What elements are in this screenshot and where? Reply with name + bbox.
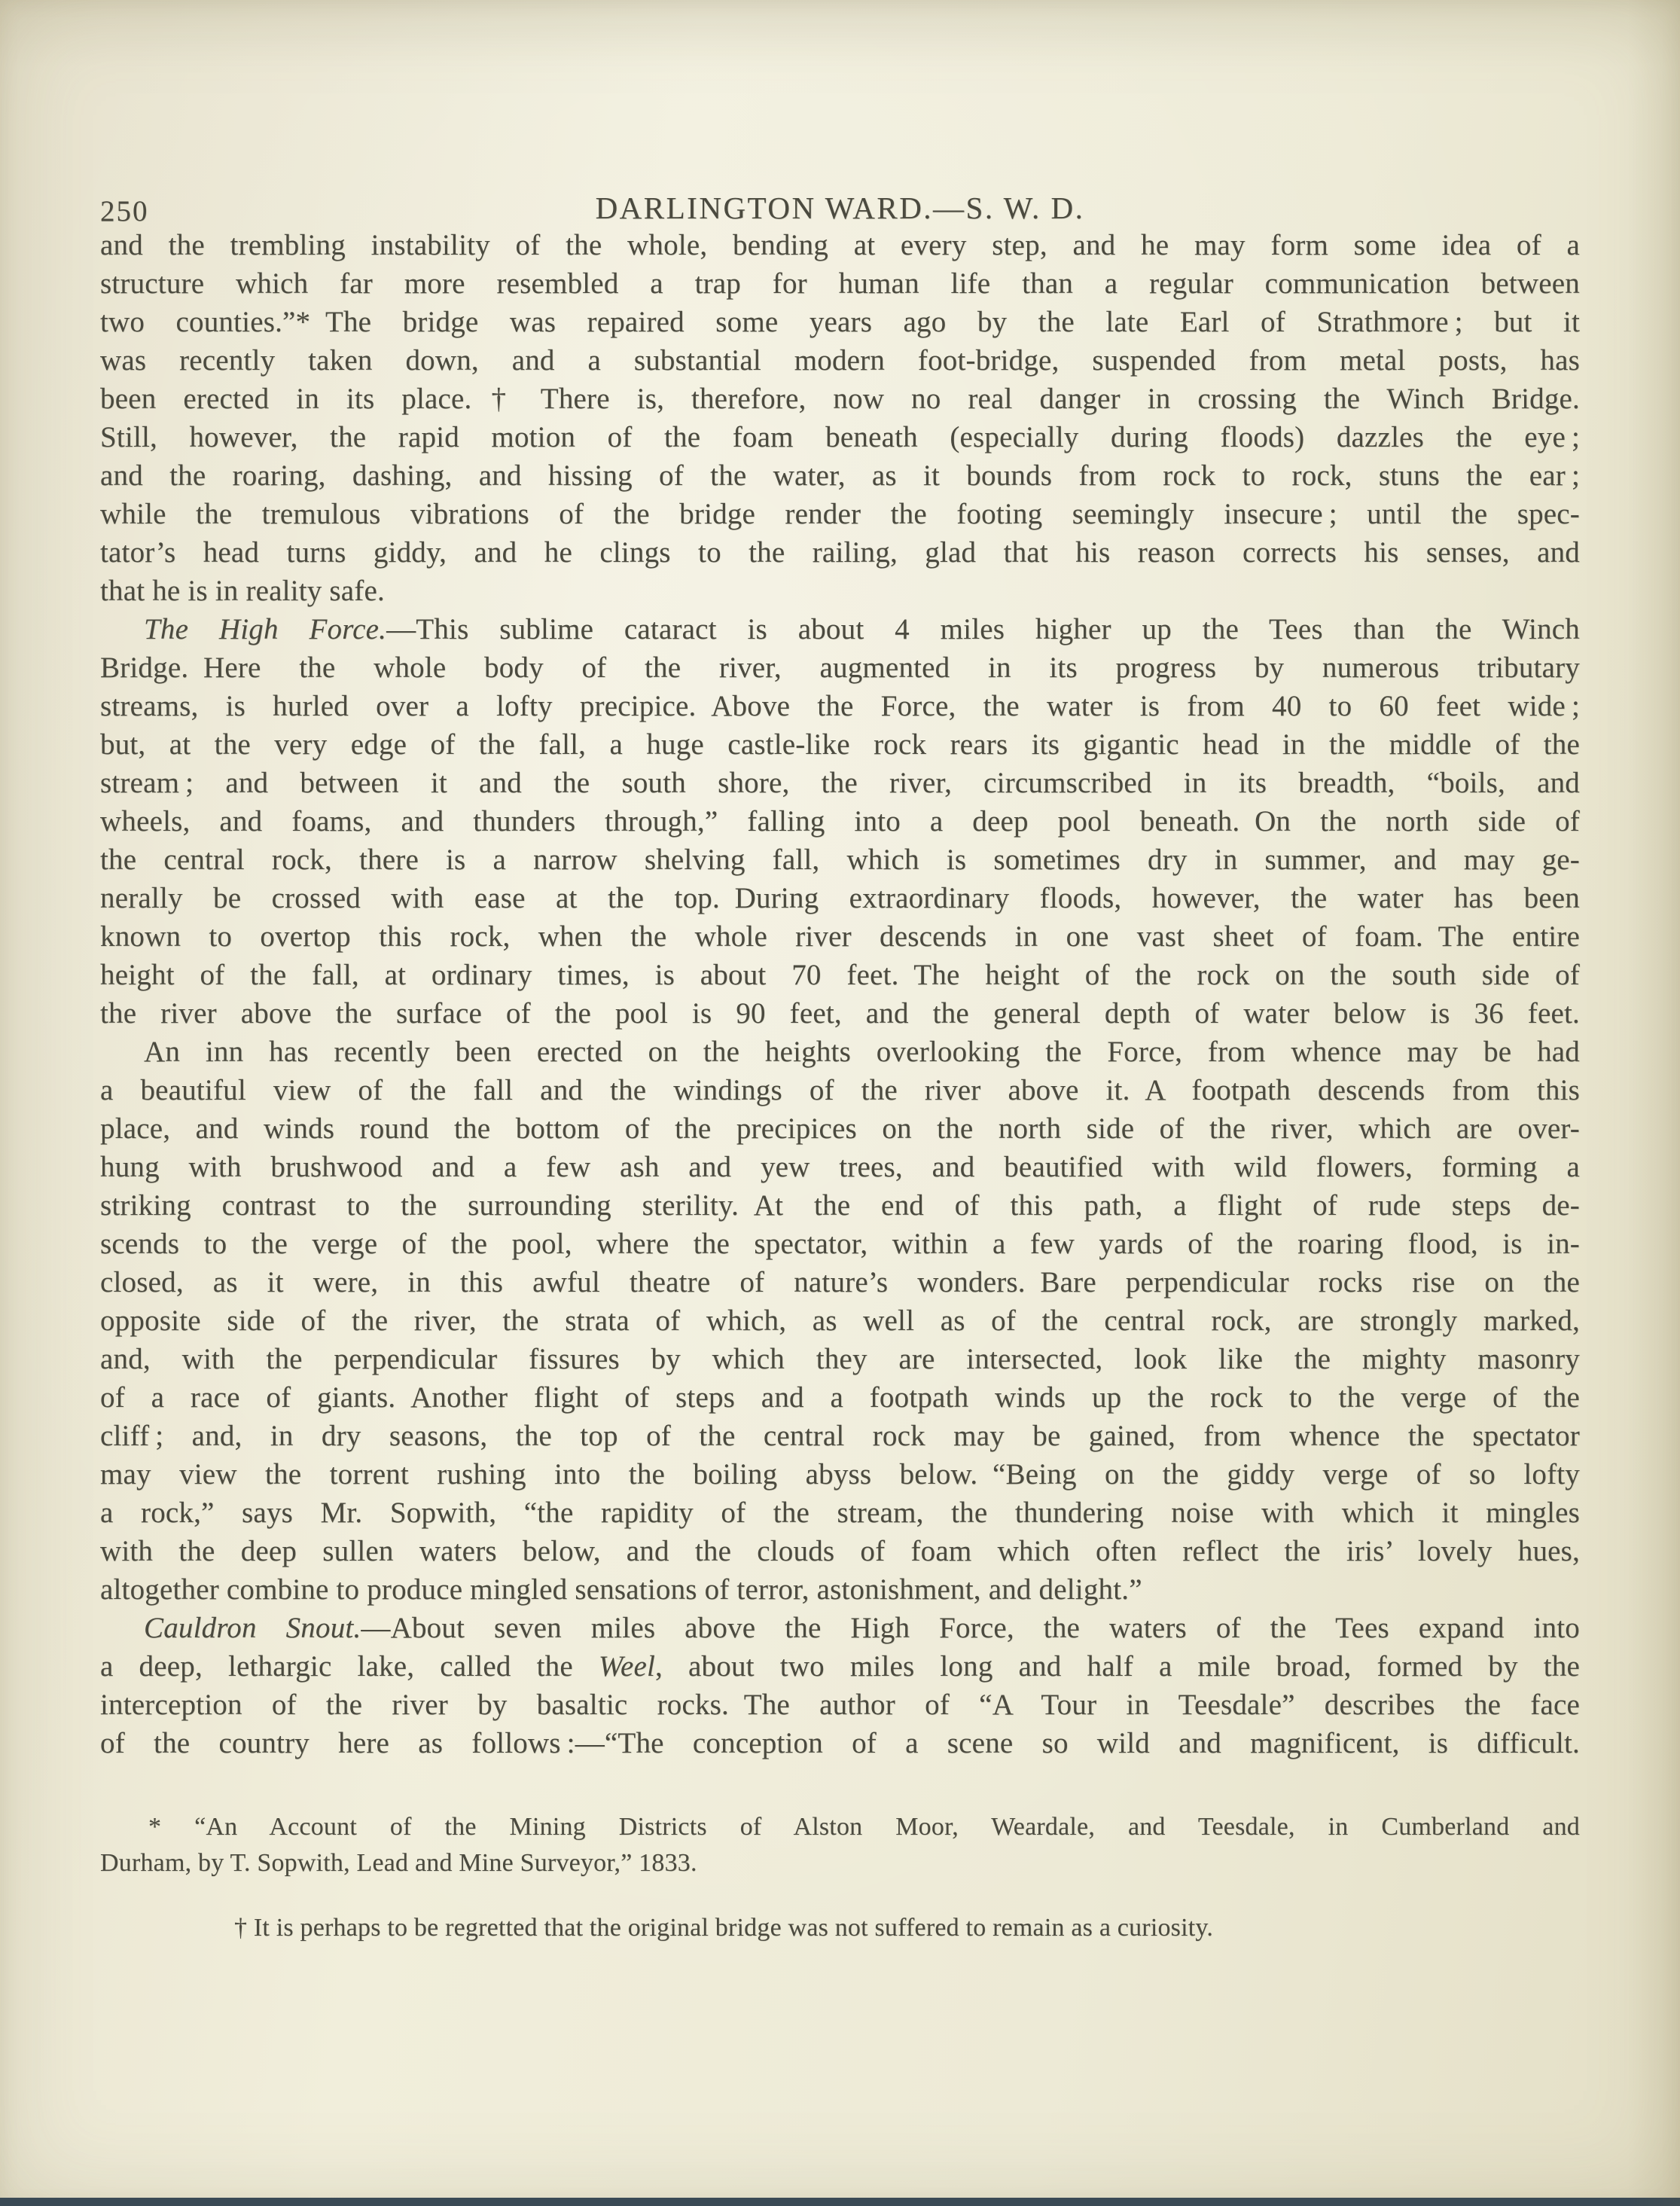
book-page: 250 DARLINGTON WARD.—S. W. D. and the tr… <box>0 0 1680 2206</box>
text-segment: , about two miles long and half a mile b… <box>655 1650 1580 1683</box>
text-segment: —This sublime cataract is about 4 miles … <box>386 613 1580 645</box>
text-line: * “An Account of the Mining Districts of… <box>100 1809 1580 1845</box>
text-line: The High Force.—This sublime cataract is… <box>100 610 1580 648</box>
text-line: Durham, by T. Sopwith, Lead and Mine Sur… <box>100 1845 1580 1881</box>
text-line: striking contrast to the surrounding ste… <box>100 1186 1580 1225</box>
body-text: and the trembling instability of the who… <box>100 226 1580 1762</box>
scan-bottom-edge <box>0 2198 1680 2206</box>
text-segment: a deep, lethargic lake, called the <box>100 1650 599 1683</box>
text-line: was recently taken down, and a substanti… <box>100 341 1580 380</box>
text-line: Bridge. Here the whole body of the river… <box>100 648 1580 687</box>
text-line: wheels, and foams, and thunders through,… <box>100 802 1580 841</box>
text-line: but, at the very edge of the fall, a hug… <box>100 725 1580 764</box>
text-line: place, and winds round the bottom of the… <box>100 1109 1580 1148</box>
text-line: and the trembling instability of the who… <box>100 226 1580 264</box>
text-line: cliff ; and, in dry seasons, the top of … <box>100 1417 1580 1455</box>
text-line: height of the fall, at ordinary times, i… <box>100 956 1580 994</box>
text-line: that he is in reality safe. <box>100 572 1580 610</box>
text-line: altogether combine to produce mingled se… <box>100 1570 1580 1609</box>
text-line: a beautiful view of the fall and the win… <box>100 1071 1580 1109</box>
italic-text: Cauldron Snout. <box>144 1612 361 1644</box>
text-line: interception of the river by basaltic ro… <box>100 1686 1580 1724</box>
text-line: while the tremulous vibrations of the br… <box>100 495 1580 533</box>
running-title: DARLINGTON WARD.—S. W. D. <box>596 190 1085 226</box>
text-line: of a race of giants. Another flight of s… <box>100 1378 1580 1417</box>
text-line: tator’s head turns giddy, and he clings … <box>100 533 1580 572</box>
text-line: a deep, lethargic lake, called the Weel,… <box>100 1647 1580 1686</box>
text-line: Still, however, the rapid motion of the … <box>100 418 1580 456</box>
text-line: known to overtop this rock, when the who… <box>100 917 1580 956</box>
text-line: been erected in its place.† There is, th… <box>100 380 1580 418</box>
text-line: and the roaring, dashing, and hissing of… <box>100 456 1580 495</box>
text-line: and, with the perpendicular fissures by … <box>100 1340 1580 1378</box>
text-line: the central rock, there is a narrow shel… <box>100 841 1580 879</box>
text-line: of the country here as follows :—“The co… <box>100 1724 1580 1762</box>
text-line: An inn has recently been erected on the … <box>100 1033 1580 1071</box>
paragraph: The High Force.—This sublime cataract is… <box>100 610 1580 1033</box>
text-line: Cauldron Snout.—About seven miles above … <box>100 1609 1580 1647</box>
paragraph: An inn has recently been erected on the … <box>100 1033 1580 1609</box>
text-line: a rock,” says Mr. Sopwith, “the rapidity… <box>100 1494 1580 1532</box>
footnotes: * “An Account of the Mining Districts of… <box>100 1809 1580 1946</box>
text-line: the river above the surface of the pool … <box>100 994 1580 1033</box>
text-line: two counties.”* The bridge was repaired … <box>100 303 1580 341</box>
paragraph: * “An Account of the Mining Districts of… <box>100 1809 1580 1881</box>
text-line: † It is perhaps to be regretted that the… <box>100 1910 1580 1946</box>
paragraph: Cauldron Snout.—About seven miles above … <box>100 1609 1580 1762</box>
text-line: scends to the verge of the pool, where t… <box>100 1225 1580 1263</box>
text-line: streams, is hurled over a lofty precipic… <box>100 687 1580 725</box>
italic-text: The High Force. <box>144 613 386 645</box>
text-line: may view the torrent rushing into the bo… <box>100 1455 1580 1494</box>
text-segment: —About seven miles above the High Force,… <box>361 1612 1580 1644</box>
page-number: 250 <box>100 194 149 228</box>
text-line: nerally be crossed with ease at the top.… <box>100 879 1580 917</box>
text-line: structure which far more resembled a tra… <box>100 264 1580 303</box>
paragraph: † It is perhaps to be regretted that the… <box>100 1910 1580 1946</box>
text-line: hung with brushwood and a few ash and ye… <box>100 1148 1580 1186</box>
text-line: stream ; and between it and the south sh… <box>100 764 1580 802</box>
italic-text: Weel <box>599 1650 655 1683</box>
text-line: closed, as it were, in this awful theatr… <box>100 1263 1580 1301</box>
paragraph: and the trembling instability of the who… <box>100 226 1580 610</box>
text-line: with the deep sullen waters below, and t… <box>100 1532 1580 1570</box>
text-line: opposite side of the river, the strata o… <box>100 1301 1580 1340</box>
